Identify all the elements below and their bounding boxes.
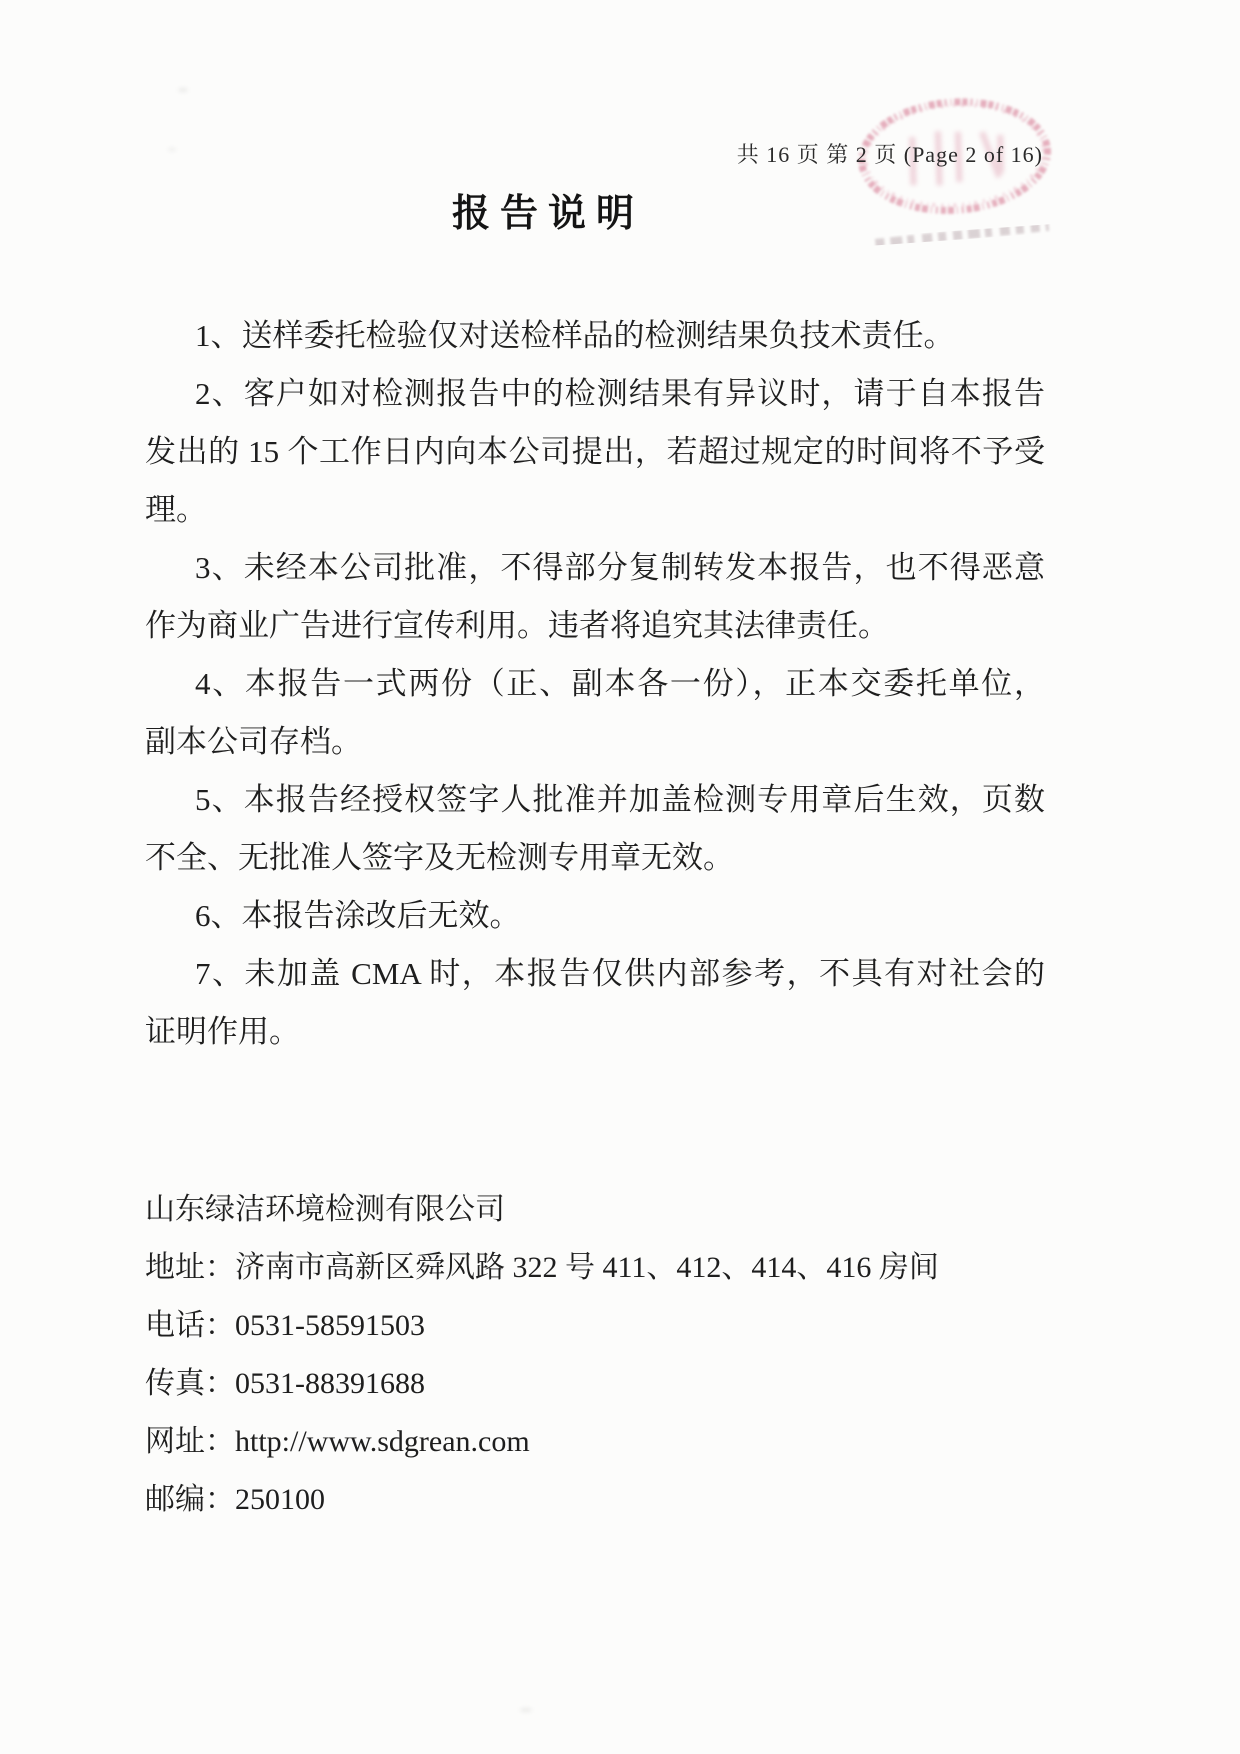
scanned-report-page: 共 16 页 第 2 页 (Page 2 of 16) 报告说明 1、送样委托检… [0, 0, 1240, 1754]
note-line: 6、本报告涂改后无效。 [145, 887, 1045, 945]
page-title: 报告说明 [452, 182, 644, 237]
note-line: 2、客户如对检测报告中的检测结果有异议时，请于自本报告 [145, 365, 1045, 423]
scan-smudge [168, 148, 176, 151]
report-notes-section: 1、送样委托检验仅对送检样品的检测结果负技术责任。 2、客户如对检测报告中的检测… [145, 307, 1045, 1061]
note-line: 7、未加盖 CMA 时，本报告仅供内部参考，不具有对社会的 [145, 945, 1045, 1003]
note-line: 作为商业广告进行宣传利用。违者将追究其法律责任。 [145, 597, 1045, 655]
page-number-info: 共 16 页 第 2 页 (Page 2 of 16) [737, 138, 1043, 169]
red-seal-stamp [848, 89, 1069, 263]
company-website: 网址：http://www.sdgrean.com [145, 1413, 939, 1471]
note-line: 4、本报告一式两份（正、副本各一份），正本交委托单位， [145, 655, 1045, 713]
company-address: 地址：济南市高新区舜风路 322 号 411、412、414、416 房间 [145, 1239, 939, 1297]
note-line: 发出的 15 个工作日内向本公司提出，若超过规定的时间将不予受 [145, 423, 1045, 481]
note-line: 5、本报告经授权签字人批准并加盖检测专用章后生效，页数 [145, 771, 1045, 829]
note-line: 证明作用。 [145, 1003, 1045, 1061]
note-line: 副本公司存档。 [145, 713, 1045, 771]
company-name: 山东绿洁环境检测有限公司 [145, 1181, 939, 1239]
company-phone: 电话：0531-58591503 [145, 1297, 939, 1355]
note-line: 3、未经本公司批准，不得部分复制转发本报告，也不得恶意 [145, 539, 1045, 597]
scan-smudge [178, 88, 188, 92]
scan-smudge [520, 1708, 532, 1712]
company-info-section: 山东绿洁环境检测有限公司 地址：济南市高新区舜风路 322 号 411、412、… [145, 1181, 939, 1529]
company-postcode: 邮编：250100 [145, 1471, 939, 1529]
note-line: 1、送样委托检验仅对送检样品的检测结果负技术责任。 [145, 307, 1045, 365]
oval-seal-icon [848, 89, 1069, 263]
note-line: 理。 [145, 481, 1045, 539]
note-line: 不全、无批准人签字及无检测专用章无效。 [145, 829, 1045, 887]
company-fax: 传真：0531-88391688 [145, 1355, 939, 1413]
